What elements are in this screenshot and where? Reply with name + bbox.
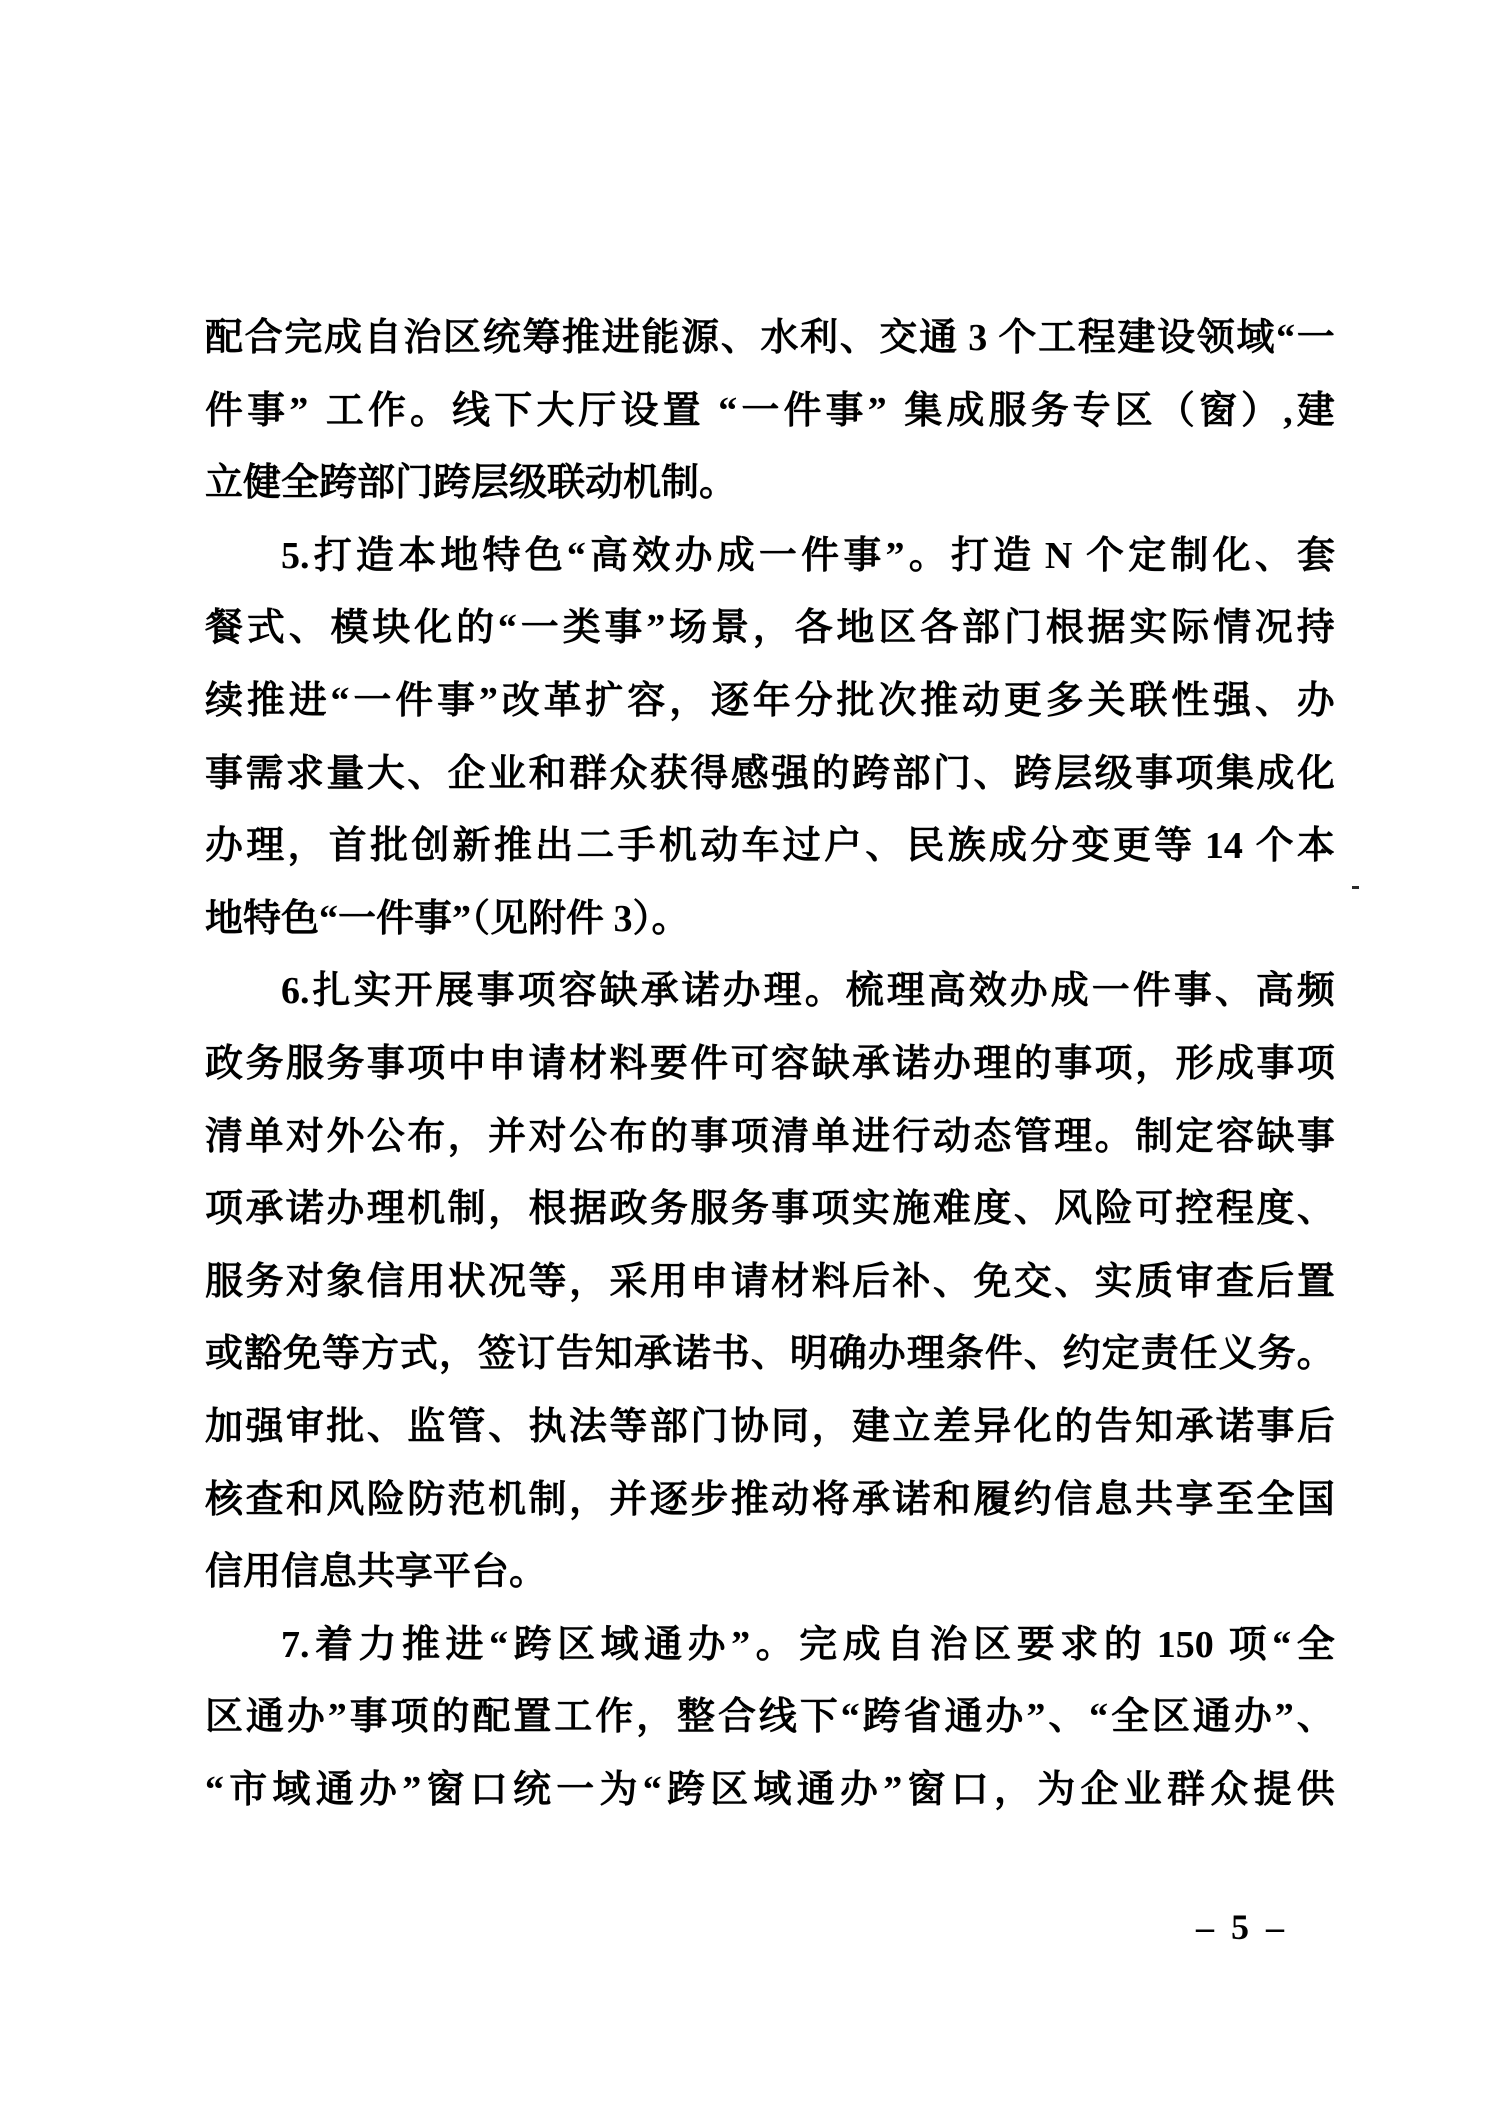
text-line: 核查和风险防范机制，并逐步推动将承诺和履约信息共享至全国 bbox=[205, 1464, 1335, 1537]
text-line: 办理，首批创新推出二手机动车过户、民族成分变更等 14 个本 bbox=[205, 810, 1335, 883]
text-line: 续推进“一件事”改革扩容，逐年分批次推动更多关联性强、办 bbox=[205, 665, 1335, 738]
text-line: 6.扎实开展事项容缺承诺办理。梳理高效办成一件事、高频 bbox=[205, 955, 1335, 1028]
text-line: 地特色“一件事”（见附件 3）。 bbox=[205, 883, 1335, 956]
text-line: 事需求量大、企业和群众获得感强的跨部门、跨层级事项集成化 bbox=[205, 738, 1335, 811]
text-line: 加强审批、监管、执法等部门协同，建立差异化的告知承诺事后 bbox=[205, 1391, 1335, 1464]
scan-speck bbox=[1352, 886, 1359, 889]
text-line: 或豁免等方式，签订告知承诺书、明确办理条件、约定责任义务。 bbox=[205, 1318, 1335, 1391]
text-line: 政务服务事项中申请材料要件可容缺承诺办理的事项，形成事项 bbox=[205, 1028, 1335, 1101]
text-line: 立健全跨部门跨层级联动机制。 bbox=[205, 447, 1335, 520]
text-line: 信用信息共享平台。 bbox=[205, 1536, 1335, 1609]
text-line: 服务对象信用状况等，采用申请材料后补、免交、实质审查后置 bbox=[205, 1246, 1335, 1319]
text-line: 区通办”事项的配置工作，整合线下“跨省通办”、“全区通办”、 bbox=[205, 1681, 1335, 1754]
text-line: 清单对外公布，并对公布的事项清单进行动态管理。制定容缺事 bbox=[205, 1101, 1335, 1174]
body-text: 配合完成自治区统筹推进能源、水利、交通 3 个工程建设领域“一件事” 工作。线下… bbox=[205, 302, 1335, 1826]
text-line: 件事” 工作。线下大厅设置 “一件事” 集成服务专区（窗）,建 bbox=[205, 375, 1335, 448]
text-line: 5.打造本地特色“高效办成一件事”。打造 N 个定制化、套 bbox=[205, 520, 1335, 593]
text-line: “市域通办”窗口统一为“跨区域通办”窗口，为企业群众提供 bbox=[205, 1754, 1335, 1827]
document-page: 配合完成自治区统筹推进能源、水利、交通 3 个工程建设领域“一件事” 工作。线下… bbox=[0, 0, 1497, 2115]
text-line: 项承诺办理机制，根据政务服务事项实施难度、风险可控程度、 bbox=[205, 1173, 1335, 1246]
text-line: 餐式、模块化的“一类事”场景，各地区各部门根据实际情况持 bbox=[205, 592, 1335, 665]
text-line: 配合完成自治区统筹推进能源、水利、交通 3 个工程建设领域“一 bbox=[205, 302, 1335, 375]
text-line: 7.着力推进“跨区域通办”。完成自治区要求的 150 项“全 bbox=[205, 1609, 1335, 1682]
page-number: – 5 – bbox=[1196, 1906, 1288, 1948]
